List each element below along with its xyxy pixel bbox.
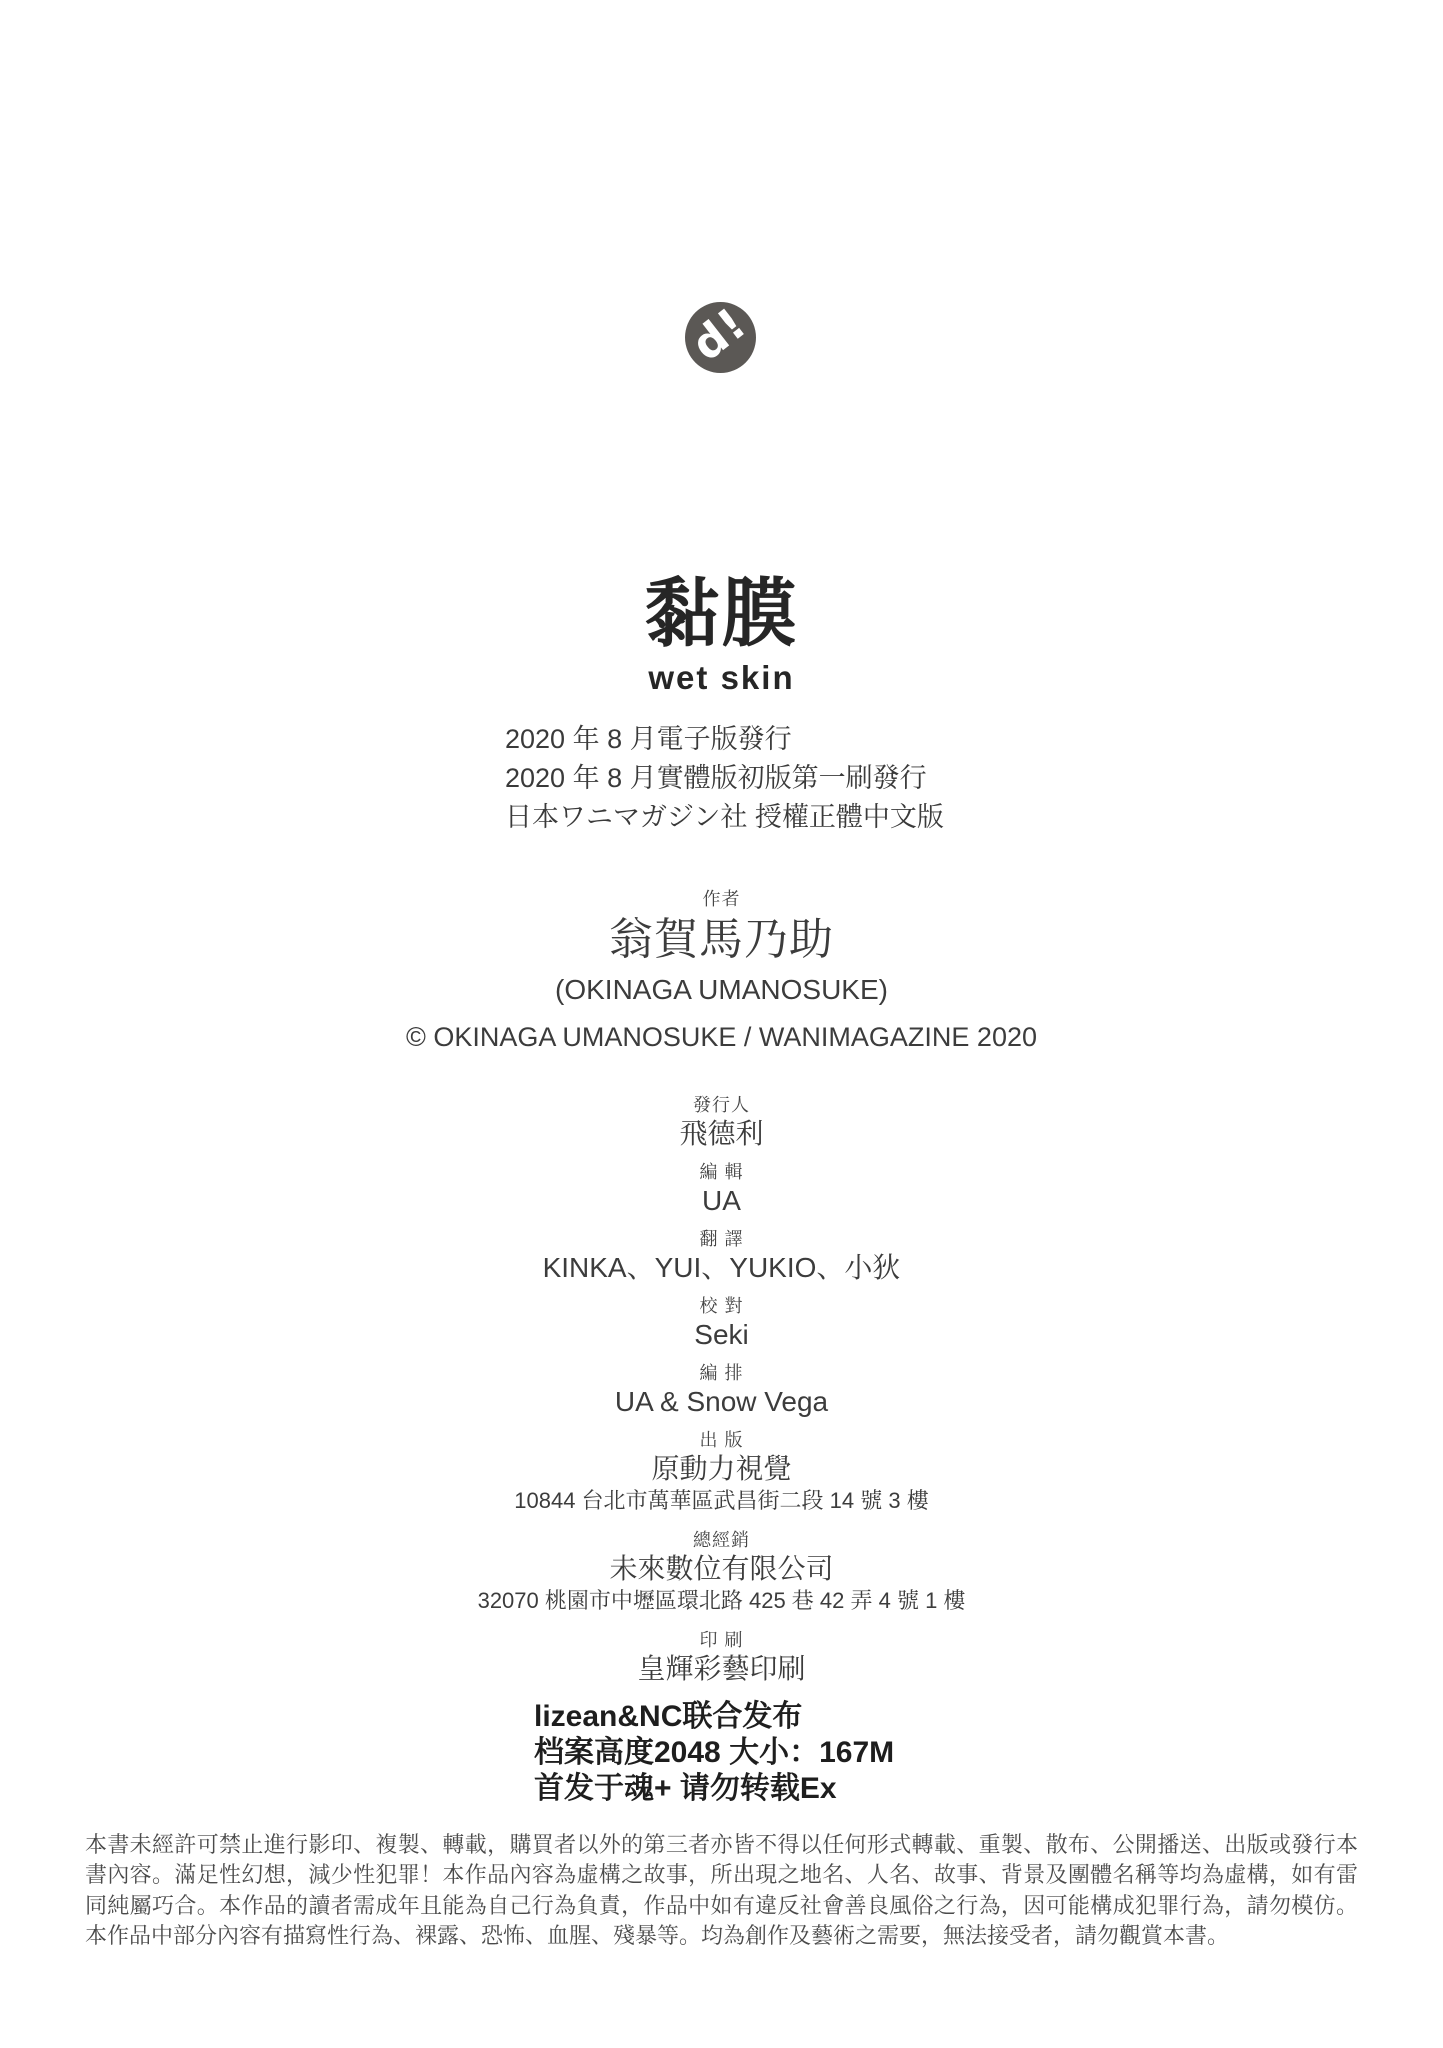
- credit-printer: 印 刷 皇輝彩藝印刷: [0, 1628, 1443, 1686]
- credit-value: UA & Snow Vega: [0, 1385, 1443, 1419]
- credit-publisher-person: 發行人 飛德利: [0, 1093, 1443, 1151]
- credit-label: 總經銷: [0, 1528, 1443, 1552]
- author-name: 翁賀馬乃助: [0, 911, 1443, 969]
- credit-address: 32070 桃園市中壢區環北路 425 巷 42 弄 4 號 1 樓: [0, 1586, 1443, 1616]
- release-note-line: lizean&NC联合发布: [534, 1699, 894, 1735]
- disclaimer-text: 本書未經許可禁止進行影印、複製、轉載，購買者以外的第三者亦皆不得以任何形式轉載、…: [85, 1830, 1358, 1952]
- credit-proofreader: 校 對 Seki: [0, 1294, 1443, 1352]
- credit-distributor: 總經銷 未來數位有限公司 32070 桃園市中壢區環北路 425 巷 42 弄 …: [0, 1528, 1443, 1616]
- release-note-line: 首发于魂+ 请勿转载Ex: [534, 1771, 894, 1807]
- release-note: lizean&NC联合发布 档案高度2048 大小：167M 首发于魂+ 请勿转…: [534, 1699, 894, 1807]
- book-subtitle: wet skin: [0, 658, 1443, 698]
- title-block: 黏膜 wet skin: [0, 570, 1443, 698]
- d-exclamation-logo-glyph: d!: [685, 301, 754, 369]
- publisher-logo-icon: d!: [685, 302, 756, 373]
- copyright-line: © OKINAGA UMANOSUKE / WANIMAGAZINE 2020: [0, 1017, 1443, 1057]
- credit-label: 編 輯: [0, 1160, 1443, 1184]
- edition-line: 2020 年 8 月實體版初版第一刷發行: [505, 759, 944, 798]
- edition-line: 日本ワニマガジン社 授權正體中文版: [505, 798, 944, 837]
- credits-list: 發行人 飛德利 編 輯 UA 翻 譯 KINKA、YUI、YUKIO、小狄 校 …: [0, 1093, 1443, 1695]
- credit-address: 10844 台北市萬華區武昌街二段 14 號 3 樓: [0, 1486, 1443, 1516]
- credit-layout: 編 排 UA & Snow Vega: [0, 1361, 1443, 1419]
- credit-label: 編 排: [0, 1361, 1443, 1385]
- credit-label: 校 對: [0, 1294, 1443, 1318]
- credit-value: KINKA、YUI、YUKIO、小狄: [0, 1251, 1443, 1285]
- credit-label: 翻 譯: [0, 1227, 1443, 1251]
- credit-value: 皇輝彩藝印刷: [0, 1652, 1443, 1686]
- edition-line: 2020 年 8 月電子版發行: [505, 720, 944, 759]
- credit-publishing-house: 出 版 原動力視覺 10844 台北市萬華區武昌街二段 14 號 3 樓: [0, 1428, 1443, 1516]
- credit-editor: 編 輯 UA: [0, 1160, 1443, 1218]
- credit-label: 印 刷: [0, 1628, 1443, 1652]
- credit-translators: 翻 譯 KINKA、YUI、YUKIO、小狄: [0, 1227, 1443, 1285]
- book-title: 黏膜: [0, 570, 1443, 656]
- author-block: 作者 翁賀馬乃助 (OKINAGA UMANOSUKE) © OKINAGA U…: [0, 887, 1443, 1057]
- credit-value: 未來數位有限公司: [0, 1552, 1443, 1586]
- credit-value: 飛德利: [0, 1117, 1443, 1151]
- credit-label: 發行人: [0, 1093, 1443, 1117]
- colophon-page: d! 黏膜 wet skin 2020 年 8 月電子版發行 2020 年 8 …: [0, 0, 1443, 2048]
- credit-value: UA: [0, 1184, 1443, 1218]
- edition-info: 2020 年 8 月電子版發行 2020 年 8 月實體版初版第一刷發行 日本ワ…: [505, 720, 944, 837]
- author-label: 作者: [0, 887, 1443, 911]
- credit-label: 出 版: [0, 1428, 1443, 1452]
- credit-value: 原動力視覺: [0, 1452, 1443, 1486]
- author-romanized-name: (OKINAGA UMANOSUKE): [0, 969, 1443, 1011]
- release-note-line: 档案高度2048 大小：167M: [534, 1735, 894, 1771]
- credit-value: Seki: [0, 1318, 1443, 1352]
